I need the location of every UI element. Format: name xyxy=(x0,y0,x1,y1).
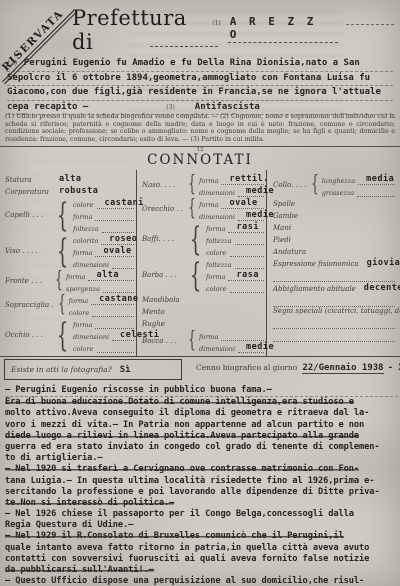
field-value: ovale xyxy=(103,246,131,256)
ruled-line: ovale xyxy=(221,197,264,209)
biography-line: — Nel 1929 il R.Consolato di Bruxelles c… xyxy=(5,531,398,542)
connotati-label: Orecchio . . xyxy=(142,205,184,214)
photo-answer: Sì xyxy=(120,365,131,375)
connotati-label: Abbigliamento abituale xyxy=(273,285,356,294)
connotati-field: dimensionimedie xyxy=(199,341,264,353)
connotati-fields: formarettil.dimensionimedie xyxy=(199,173,264,197)
ruled-line xyxy=(230,245,265,257)
ruled-line: celesti xyxy=(112,329,134,341)
field-value: alta xyxy=(96,270,118,280)
ruled-line xyxy=(95,209,134,221)
connotati-label: Occhio . . . xyxy=(5,331,51,340)
field-value: rettil. xyxy=(229,174,268,184)
connotati-label: Spalle xyxy=(273,200,295,209)
connotati-fields: formaaltasporgenza xyxy=(66,269,134,293)
connotati-label: Sopracciglia . xyxy=(5,301,54,310)
biography-line-text: da pubblicarsi sull'Avanti!.— xyxy=(5,565,154,576)
brace-glyph: { xyxy=(58,295,66,315)
field-value: castane xyxy=(99,294,138,304)
field-name: colore xyxy=(69,309,90,317)
connotati-row: Baffi. . . .{formarasifoltezzacolore xyxy=(142,221,264,257)
connotati-label: Piedi xyxy=(273,236,291,245)
connotati-label: Baffi. . . . xyxy=(142,235,184,244)
field-name: forma xyxy=(73,321,92,329)
field-name: forma xyxy=(199,201,218,209)
connotati-table: StaturaaltaCorporaturarobustaCapelli . .… xyxy=(0,170,400,356)
biography-line: Era di buona educazione.Dotato di comune… xyxy=(5,397,398,408)
footnote-ref-1: (1) xyxy=(212,20,221,27)
ruled-line xyxy=(230,281,265,293)
ruled-line: medie xyxy=(238,341,264,353)
biography-line-text: — Nel 1926 chiese il passaporto per il C… xyxy=(5,509,354,520)
connotati-column-right: Collo. . . .{lunghezzamediagrossezzaSpal… xyxy=(266,170,400,356)
connotati-fields: formadimensionicelesticolore xyxy=(73,317,134,353)
field-name: foltezza xyxy=(206,237,232,245)
field-name: dimensioni xyxy=(73,333,109,341)
ruled-line xyxy=(221,329,264,341)
biography-line-text: voro i mezzi di vita.— In Patria non app… xyxy=(5,420,364,431)
biography-line: — Nel 1920 si trasferì a Cervignano ove … xyxy=(5,464,398,475)
biography-line-text: te.Non si interessò di politica.— xyxy=(5,498,174,509)
ruled-line: castane xyxy=(91,293,134,305)
field-name: lunghezza xyxy=(322,177,355,185)
connotati-row: Andatura xyxy=(273,245,395,257)
connotati-field: dimensionicelesti xyxy=(73,329,134,341)
connotati-fields: lunghezzamediagrossezza xyxy=(322,173,395,197)
connotati-field: colore xyxy=(69,305,134,317)
biography-line-text: Era di buona educazione.Dotato di comune… xyxy=(5,397,354,408)
biography-text: — Perugini Eugenio riscosse in pubblico … xyxy=(5,385,398,586)
connotati-field: colore xyxy=(206,281,264,293)
field-value: media xyxy=(366,174,394,184)
connotati-field: foltezza xyxy=(73,221,134,233)
connotati-label: Mandibola xyxy=(142,296,184,305)
office-name: A R E Z Z O xyxy=(228,15,338,43)
biography-line-text: Regia Questura di Udine.— xyxy=(5,520,133,531)
ruled-line: medie xyxy=(238,209,264,221)
field-name: dimensioni xyxy=(199,189,235,197)
bio-era: - XVI/° xyxy=(388,363,400,373)
biography-line-text: sercitando la professione e poi lavorand… xyxy=(5,487,380,498)
connotati-field: formarasa xyxy=(206,269,264,281)
biography-line-text: to di artiglieria.— xyxy=(5,453,102,464)
connotati-row: Fronte . . .{formaaltasporgenza xyxy=(5,269,134,293)
connotati-label: Capelli . . . xyxy=(5,211,51,220)
field-name: colore xyxy=(73,345,94,353)
field-name: forma xyxy=(199,333,218,341)
brace-glyph: { xyxy=(190,260,202,290)
field-name: forma xyxy=(69,297,88,305)
connotati-row: Capelli . . .{colorecastaniformafoltezza xyxy=(5,197,134,233)
biography-line-text: tana Luigia.— In questa ultima località … xyxy=(5,476,374,487)
connotati-column-left: StaturaaltaCorporaturarobustaCapelli . .… xyxy=(0,170,136,356)
field-name: dimensioni xyxy=(199,345,235,353)
biography-line: voro i mezzi di vita.— In Patria non app… xyxy=(5,420,398,431)
field-name: forma xyxy=(73,249,92,257)
connotati-field: colore xyxy=(73,341,134,353)
biography-line: da pubblicarsi sull'Avanti!.— xyxy=(5,565,398,576)
ruled-line xyxy=(357,185,395,197)
connotati-field: colore xyxy=(206,245,264,257)
connotati-row: Piedi xyxy=(273,233,395,245)
biography-line: diede luogo a rilievi in linea politica.… xyxy=(5,431,398,442)
subject-line: (2)Perugini Eugenio fu Amadio e fu Della… xyxy=(7,57,393,72)
connotati-label: Naso. . . . xyxy=(142,181,184,190)
political-classification: Antifascista xyxy=(195,101,260,114)
connotati-row: Spalle xyxy=(273,197,395,209)
ruled-line: rettil. xyxy=(221,173,264,185)
connotati-row: Sopracciglia .{formacastanecolore xyxy=(5,293,134,317)
ruled-line xyxy=(235,233,264,245)
field-name: grossezza xyxy=(322,189,354,197)
connotati-fields: formaovaledimensionimedie xyxy=(199,197,264,221)
ruled-line: roseo xyxy=(101,233,134,245)
field-value: castani xyxy=(105,198,144,208)
bio-date: 22/Gennaio 1938 xyxy=(302,363,383,374)
connotati-field: sporgenza xyxy=(66,281,134,293)
ruled-blank-line xyxy=(273,316,395,329)
brace-glyph: { xyxy=(57,200,69,230)
field-name: colorito xyxy=(73,237,98,245)
ruled-line xyxy=(346,11,394,25)
biography-line-text: — Nel 1929 il R.Consolato di Bruxelles c… xyxy=(5,531,344,542)
field-value: alta xyxy=(59,174,81,184)
connotati-field: colorecastani xyxy=(73,197,134,209)
biography-line: contatti con sovversivi fuorusciti ai qu… xyxy=(5,554,398,565)
ruled-blank-line xyxy=(273,294,395,307)
field-value: medie xyxy=(246,186,274,196)
field-value: medie xyxy=(246,342,274,352)
field-value: decente xyxy=(364,283,400,293)
field-name: forma xyxy=(73,213,92,221)
biography-line-text: molto attivo.Aveva conseguito il diploma… xyxy=(5,408,369,419)
biography-line: te.Non si interessò di politica.— xyxy=(5,498,398,509)
connotati-fields: formacastanecolore xyxy=(69,293,134,317)
photo-box: Esiste in atti la fotografia? Sì xyxy=(4,359,182,380)
ruled-line: alta xyxy=(88,269,134,281)
footnote-ref-3: (3) xyxy=(166,101,175,114)
connotati-fields: colorecastaniformafoltezza xyxy=(73,197,134,233)
connotati-field: dimensionimedie xyxy=(199,209,264,221)
connotati-label: Andatura xyxy=(273,248,306,257)
connotati-field: formarasi xyxy=(206,221,264,233)
connotati-row: Mani xyxy=(273,221,395,233)
biography-line: to di artiglieria.— xyxy=(5,453,398,464)
ruled-line xyxy=(102,221,134,233)
field-name: dimensioni xyxy=(199,213,235,221)
connotati-row: Abbigliamento abitualedecente xyxy=(273,282,395,294)
connotati-field: foltezza xyxy=(206,233,264,245)
field-value: celesti xyxy=(120,330,159,340)
field-value: medie xyxy=(246,210,274,220)
connotati-label: Viso . . . . xyxy=(5,247,51,256)
ruled-line: castani xyxy=(97,197,135,209)
connotati-label: Gambe xyxy=(273,212,298,221)
ruled-line: rasi xyxy=(228,221,264,233)
connotati-row: Segni speciali (cicatrici, tatuaggi, def… xyxy=(273,307,395,316)
biography-line: molto attivo.Aveva conseguito il diploma… xyxy=(5,408,398,419)
connotati-label: Corporatura xyxy=(5,188,51,197)
connotati-row: Collo. . . .{lunghezzamediagrossezza xyxy=(273,173,395,197)
bio-header: Cenno biografico al giorno 22/Gennaio 19… xyxy=(196,363,396,374)
field-name: sporgenza xyxy=(66,285,100,293)
ruled-line xyxy=(103,281,134,293)
brace-glyph: { xyxy=(57,236,69,266)
biography-line-text: contatti con sovversivi fuorusciti ai qu… xyxy=(5,554,369,565)
connotati-field: foltezza xyxy=(206,257,264,269)
connotati-field: formaovale xyxy=(73,245,134,257)
bio-header-label: Cenno biografico al giorno xyxy=(196,363,297,372)
connotati-field: dimensionimedie xyxy=(199,185,264,197)
field-name: colore xyxy=(206,249,227,257)
connotati-row: Mento xyxy=(142,305,264,317)
ruled-line xyxy=(95,317,134,329)
connotati-row: Mandibola xyxy=(142,293,264,305)
connotati-label: Statura xyxy=(5,176,51,185)
biography-line: — Nel 1926 chiese il passaporto per il C… xyxy=(5,509,398,520)
connotati-fields: foltezzaformarasacolore xyxy=(206,257,264,293)
biography-line-text: — Nel 1920 si trasferì a Cervignano ove … xyxy=(5,464,359,475)
connotati-label: Mento xyxy=(142,308,184,317)
connotati-fields: coloritoroseoformaovaledimensioni xyxy=(73,233,134,269)
field-value: rasa xyxy=(236,270,258,280)
subject-text: cepa recapito — xyxy=(7,101,88,114)
connotati-label: Barba . . . xyxy=(142,271,184,280)
biography-line: — Questo Ufficio dispose una perquisizio… xyxy=(5,576,398,586)
connotati-field: formaovale xyxy=(199,197,264,209)
connotati-label: Fronte . . . xyxy=(5,277,51,286)
connotati-field: coloritoroseo xyxy=(73,233,134,245)
field-name: foltezza xyxy=(206,261,232,269)
field-name: colore xyxy=(206,285,227,293)
connotati-label: Rughe xyxy=(142,320,184,329)
connotati-label: Mani xyxy=(273,224,291,233)
connotati-field: dimensioni xyxy=(73,257,134,269)
ruled-line xyxy=(150,46,218,47)
field-name: foltezza xyxy=(73,225,99,233)
connotati-field: formarettil. xyxy=(199,173,264,185)
field-name: forma xyxy=(206,273,225,281)
connotati-label: Segni speciali (cicatrici, tatuaggi, def… xyxy=(273,307,400,316)
ruled-blank-line xyxy=(273,329,395,342)
brace-glyph: { xyxy=(190,224,202,254)
brace-glyph: { xyxy=(188,331,196,351)
ruled-line: rasa xyxy=(228,269,264,281)
field-name: dimensioni xyxy=(73,261,109,269)
connotati-row: Rughe xyxy=(142,317,264,329)
biography-line: sercitando la professione e poi lavorand… xyxy=(5,487,398,498)
connotati-column-middle: Naso. . . .{formarettil.dimensionimedieO… xyxy=(136,170,266,356)
biography-line: Regia Questura di Udine.— xyxy=(5,520,398,531)
connotati-row: Occhio . . .{formadimensionicelesticolor… xyxy=(5,317,134,353)
biography-line-text: quale intanto aveva fatto ritorno in pat… xyxy=(5,543,369,554)
subject-line: Sepolcro il 6 ottobre 1894,geometra,ammo… xyxy=(7,72,393,87)
biography-line: guerra ed era stato inviato in congedo c… xyxy=(5,442,398,453)
field-value: rasi xyxy=(236,222,258,232)
connotati-row: Viso . . . .{coloritoroseoformaovaledime… xyxy=(5,233,134,269)
ruled-line xyxy=(112,257,134,269)
biography-line: quale intanto aveva fatto ritorno in pat… xyxy=(5,543,398,554)
connotati-row: Naso. . . .{formarettil.dimensionimedie xyxy=(142,173,264,197)
form-footnote: (1) Ufficio presso il quale la scheda bi… xyxy=(5,113,395,144)
brace-glyph: { xyxy=(188,175,196,195)
ruled-line xyxy=(97,341,135,353)
ruled-blank-line xyxy=(273,269,395,282)
connotati-fields: formadimensionimedie xyxy=(199,329,264,353)
subject-line: Giacomo,con due figli,già residente in F… xyxy=(7,86,393,101)
biography-line: — Perugini Eugenio riscosse in pubblico … xyxy=(5,385,398,397)
brace-glyph: { xyxy=(311,175,319,195)
brace-glyph: { xyxy=(57,320,69,350)
field-name: forma xyxy=(66,273,85,281)
connotati-row: Staturaalta xyxy=(5,173,134,185)
document-header: Prefettura di (1) A R E Z Z O xyxy=(72,6,394,54)
connotati-row: Orecchio . .{formaovaledimensionimedie xyxy=(142,197,264,221)
connotati-label: Collo. . . . xyxy=(273,181,307,190)
biography-line-text: guerra ed era stato inviato in congedo c… xyxy=(5,442,380,453)
connotati-row: Corporaturarobusta xyxy=(5,185,134,197)
connotati-label: Espressione fisionomica xyxy=(273,260,359,269)
ruled-line xyxy=(92,305,134,317)
connotati-row: Espressione fisionomicagioviale xyxy=(273,257,395,269)
ruled-line: ovale xyxy=(95,245,134,257)
subject-text: Perugini Eugenio fu Amadio e fu Della Ri… xyxy=(24,58,360,68)
ruled-line xyxy=(235,257,264,269)
subject-details: (2)Perugini Eugenio fu Amadio e fu Della… xyxy=(7,57,393,115)
connotati-row: Bocca . . .{formadimensionimedie xyxy=(142,329,264,353)
biography-line-text: — Questo Ufficio dispose una perquisizio… xyxy=(5,576,364,586)
biography-line: tana Luigia.— In questa ultima località … xyxy=(5,476,398,487)
brace-glyph: { xyxy=(188,199,196,219)
connotati-field: grossezza xyxy=(322,185,395,197)
field-value: ovale xyxy=(229,198,257,208)
field-name: forma xyxy=(206,225,225,233)
field-name: colore xyxy=(73,201,94,209)
connotati-fields: formarasifoltezzacolore xyxy=(206,221,264,257)
photo-question-label: Esiste in atti la fotografia? xyxy=(11,365,112,374)
connotati-field: formaalta xyxy=(66,269,134,281)
photo-and-bio-header-row: Esiste in atti la fotografia? Sì Cenno b… xyxy=(0,356,400,384)
ruled-line: medie xyxy=(238,185,264,197)
connotati-row: Barba . . .{foltezzaformarasacolore xyxy=(142,257,264,293)
connotati-field: forma xyxy=(73,317,134,329)
connotati-field: lunghezzamedia xyxy=(322,173,395,185)
connotati-field: forma xyxy=(199,329,264,341)
connotati-field: formacastane xyxy=(69,293,134,305)
field-value: gioviale xyxy=(367,258,400,268)
connotati-row: Gambe xyxy=(273,209,395,221)
field-value: roseo xyxy=(109,234,137,244)
field-name: forma xyxy=(199,177,218,185)
brace-glyph: { xyxy=(55,271,63,291)
ruled-line: media xyxy=(358,173,395,185)
footnote-ref-2: (2) xyxy=(7,60,18,67)
biography-line-text: diede luogo a rilievi in linea politica.… xyxy=(5,431,359,442)
connotati-field: forma xyxy=(73,209,134,221)
connotati-section-title: CONNOTATI xyxy=(0,152,400,168)
biography-line-text: — Perugini Eugenio riscosse in pubblico … xyxy=(5,385,272,396)
